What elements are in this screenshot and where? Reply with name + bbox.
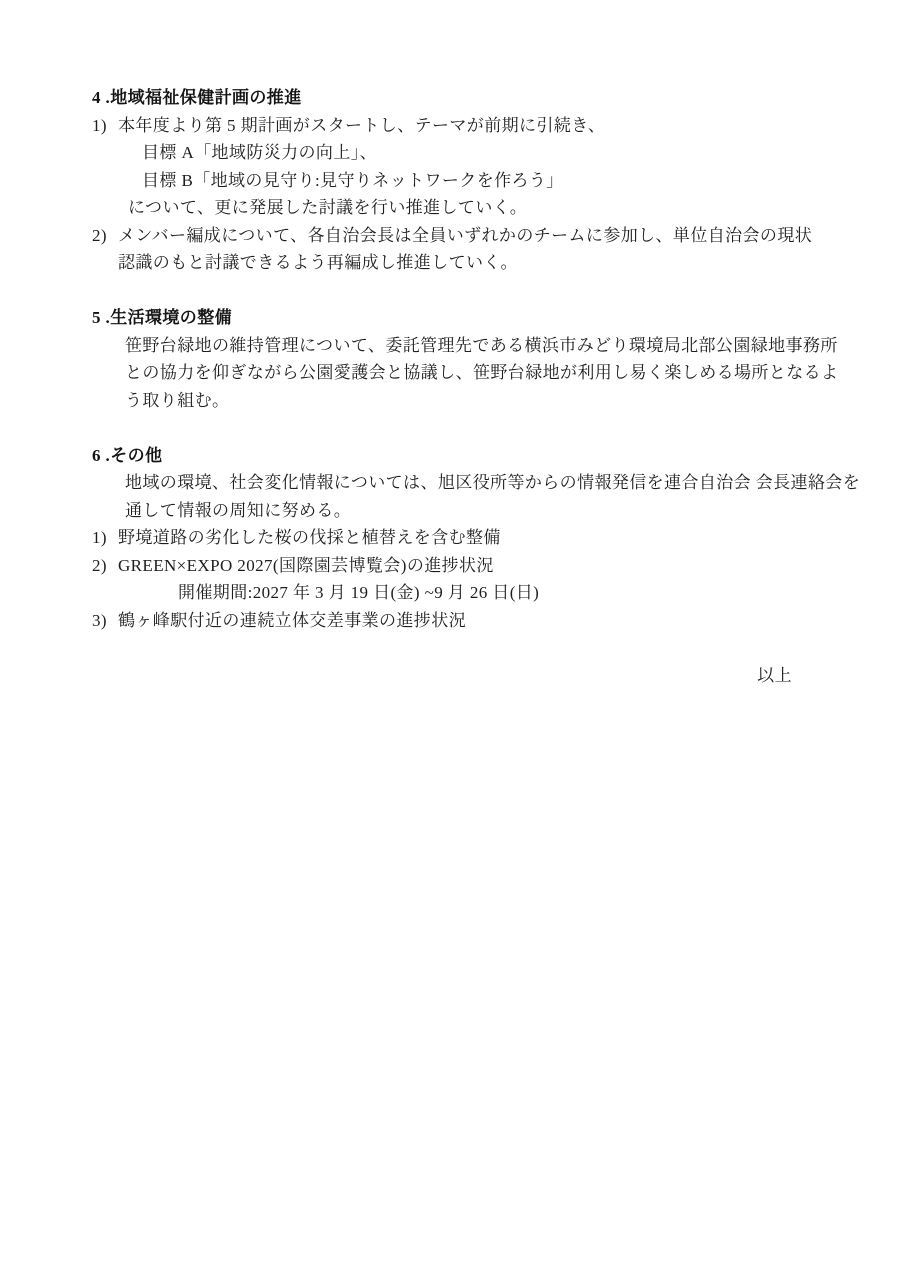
- scanned-document-page: 4 .地域福祉保健計画の推進 1) 本年度より第 5 期計画がスタートし、テーマ…: [0, 0, 904, 1280]
- section-4-item-2: 2) メンバー編成について、各自治会長は全員いずれかのチームに参加し、単位自治会…: [92, 222, 854, 277]
- document-closing-ijou: 以上: [92, 662, 854, 690]
- item-1-closing-line: について、更に発展した討議を行い推進していく。: [128, 194, 854, 222]
- section-4-item-1: 1) 本年度より第 5 期計画がスタートし、テーマが前期に引続き、: [92, 112, 854, 140]
- section-4-heading: 4 .地域福祉保健計画の推進: [92, 84, 854, 112]
- list-marker: 1): [92, 112, 118, 140]
- section-6-item-3: 3) 鶴ヶ峰駅付近の連続立体交差事業の進捗状況: [92, 607, 854, 635]
- section-5-body-line-1: 笹野台緑地の維持管理について、委託管理先である横浜市みどり環境局北部公園緑地事務…: [125, 332, 854, 360]
- section-5-heading: 5 .生活環境の整備: [92, 304, 854, 332]
- goal-a-line: 目標 A「地域防災力の向上」、: [142, 139, 854, 167]
- item-text: GREEN×EXPO 2027(国際園芸博覧会)の進捗状況: [118, 552, 854, 580]
- section-other: 6 .その他 地域の環境、社会変化情報については、旭区役所等からの情報発信を連合…: [92, 442, 854, 635]
- section-community-welfare-plan: 4 .地域福祉保健計画の推進 1) 本年度より第 5 期計画がスタートし、テーマ…: [92, 84, 854, 277]
- item-text: 野境道路の劣化した桜の伐採と植替えを含む整備: [118, 524, 854, 552]
- item-1-text: 本年度より第 5 期計画がスタートし、テーマが前期に引続き、: [118, 112, 854, 140]
- item-2-text-line-2: 認識のもと討議できるよう再編成し推進していく。: [118, 249, 854, 277]
- document-content: 4 .地域福祉保健計画の推進 1) 本年度より第 5 期計画がスタートし、テーマ…: [92, 84, 854, 689]
- section-5-body-line-2: との協力を仰ぎながら公園愛護会と協議し、笹野台緑地が利用し易く楽しめる場所となる…: [125, 359, 854, 387]
- section-living-environment: 5 .生活環境の整備 笹野台緑地の維持管理について、委託管理先である横浜市みどり…: [92, 304, 854, 414]
- section-5-body-line-3: う取り組む。: [125, 387, 854, 415]
- section-6-intro-line-2: 通して情報の周知に努める。: [125, 497, 854, 525]
- list-marker: 3): [92, 607, 118, 635]
- list-marker: 2): [92, 552, 118, 580]
- list-marker: 1): [92, 524, 118, 552]
- expo-period-line: 開催期間:2027 年 3 月 19 日(金) ~9 月 26 日(日): [178, 579, 854, 607]
- section-6-item-1: 1) 野境道路の劣化した桜の伐採と植替えを含む整備: [92, 524, 854, 552]
- section-6-intro-line-1: 地域の環境、社会変化情報については、旭区役所等からの情報発信を連合自治会 会長連…: [125, 469, 854, 497]
- item-2-text-line-1: メンバー編成について、各自治会長は全員いずれかのチームに参加し、単位自治会の現状: [118, 222, 854, 250]
- list-marker: 2): [92, 222, 118, 250]
- section-6-item-2: 2) GREEN×EXPO 2027(国際園芸博覧会)の進捗状況: [92, 552, 854, 580]
- item-text: 鶴ヶ峰駅付近の連続立体交差事業の進捗状況: [118, 607, 854, 635]
- goal-b-line: 目標 B「地域の見守り:見守りネットワークを作ろう」: [142, 167, 854, 195]
- section-6-heading: 6 .その他: [92, 442, 854, 470]
